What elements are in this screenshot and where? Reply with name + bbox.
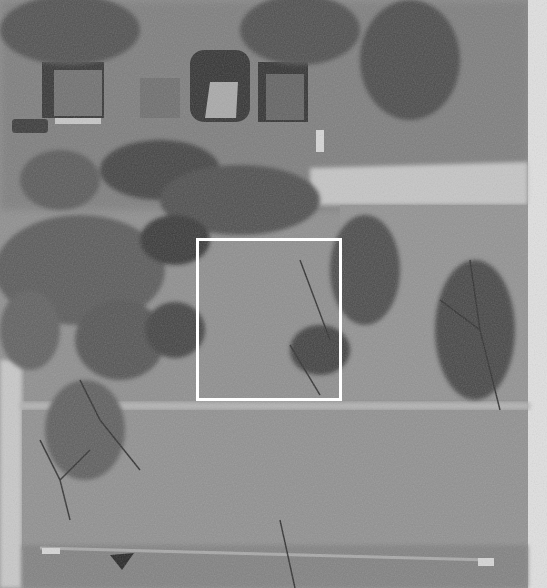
- lot-outline-rectangle: [196, 238, 342, 401]
- aerial-photo: [0, 0, 547, 588]
